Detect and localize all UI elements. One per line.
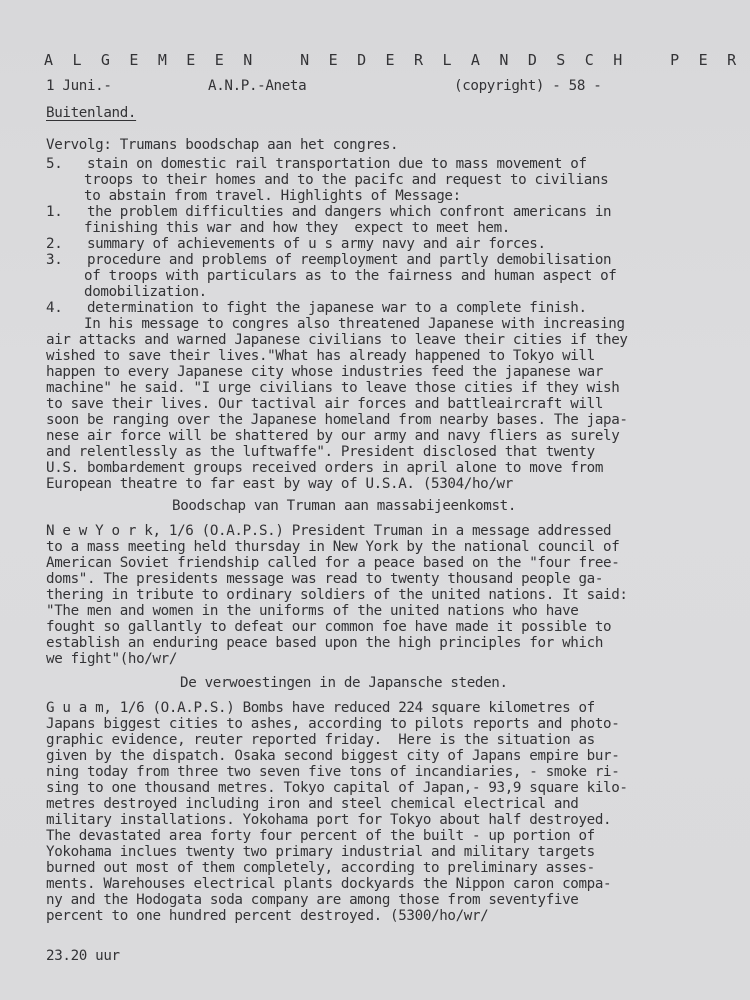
text-line: thering in tribute to ordinary soldiers … [46, 587, 628, 604]
text-line: metres destroyed including iron and stee… [46, 796, 578, 813]
text-line: N e w Y o r k, 1/6 (O.A.P.S.) President … [46, 523, 611, 540]
text-line: nese air force will be shattered by our … [46, 428, 619, 445]
text-line: Japans biggest cities to ashes, accordin… [46, 716, 619, 733]
article1-title: Vervolg: Trumans boodschap aan het congr… [46, 137, 398, 154]
text-line: "The men and women in the uniforms of th… [46, 603, 578, 620]
text-line: Yokohama inclues twenty two primary indu… [46, 844, 595, 861]
text-line: G u a m, 1/6 (O.A.P.S.) Bombs have reduc… [46, 700, 595, 717]
text-line: soon be ranging over the Japanese homela… [46, 412, 628, 429]
text-line: In his message to congres also threatene… [84, 316, 625, 333]
text-line: domobilization. [84, 284, 207, 301]
text-line: 2. summary of achievements of u s army n… [46, 236, 546, 253]
text-line: to abstain from travel. Highlights of Me… [84, 188, 461, 205]
article2-title: Boodschap van Truman aan massabijeenkoms… [172, 498, 516, 515]
text-line: machine" he said. "I urge civilians to l… [46, 380, 619, 397]
text-line: military installations. Yokohama port fo… [46, 812, 611, 829]
text-line: we fight"(ho/wr/ [46, 651, 177, 668]
footer-time: 23.20 uur [46, 948, 120, 965]
text-line: doms". The presidents message was read t… [46, 571, 603, 588]
text-line: American Soviet friendship called for a … [46, 555, 619, 572]
text-line: given by the dispatch. Osaka second bigg… [46, 748, 619, 765]
text-line: 3. procedure and problems of reemploymen… [46, 252, 611, 269]
text-line: The devastated area forty four percent o… [46, 828, 595, 845]
text-line: U.S. bombardement groups received orders… [46, 460, 603, 477]
agency-header: A L G E M E E N N E D E R L A N D S C H … [44, 52, 750, 69]
text-line: fought so gallantly to defeat our common… [46, 619, 611, 636]
text-line: percent to one hundred percent destroyed… [46, 908, 488, 925]
text-line: 1. the problem difficulties and dangers … [46, 204, 611, 221]
text-line: European theatre to far east by way of U… [46, 476, 513, 493]
text-line: troops to their homes and to the pacifc … [84, 172, 608, 189]
text-line: sing to one thousand metres. Tokyo capit… [46, 780, 628, 797]
typewritten-page: A L G E M E E N N E D E R L A N D S C H … [0, 0, 750, 1000]
date-line: 1 Juni.- [46, 78, 112, 95]
text-line: ments. Warehouses electrical plants dock… [46, 876, 611, 893]
text-line: ny and the Hodogata soda company are amo… [46, 892, 578, 909]
section-title: Buitenland. [46, 105, 136, 122]
text-line: graphic evidence, reuter reported friday… [46, 732, 595, 749]
text-line: to save their lives. Our tactival air fo… [46, 396, 603, 413]
text-line: finishing this war and how they expect t… [84, 220, 510, 237]
source-line: A.N.P.-Aneta [208, 78, 306, 95]
text-line: burned out most of them completely, acco… [46, 860, 595, 877]
text-line: ning today from three two seven five ton… [46, 764, 619, 781]
text-line: 4. determination to fight the japanese w… [46, 300, 587, 317]
text-line: to a mass meeting held thursday in New Y… [46, 539, 619, 556]
article3-title: De verwoestingen in de Japansche steden. [180, 675, 508, 692]
text-line: wished to save their lives."What has alr… [46, 348, 595, 365]
text-line: and relentlessly as the luftwaffe". Pres… [46, 444, 595, 461]
text-line: happen to every Japanese city whose indu… [46, 364, 603, 381]
text-line: air attacks and warned Japanese civilian… [46, 332, 628, 349]
text-line: establish an enduring peace based upon t… [46, 635, 603, 652]
copyright-line: (copyright) - 58 - [454, 78, 601, 95]
text-line: of troops with particulars as to the fai… [84, 268, 616, 285]
text-line: 5. stain on domestic rail transportation… [46, 156, 587, 173]
